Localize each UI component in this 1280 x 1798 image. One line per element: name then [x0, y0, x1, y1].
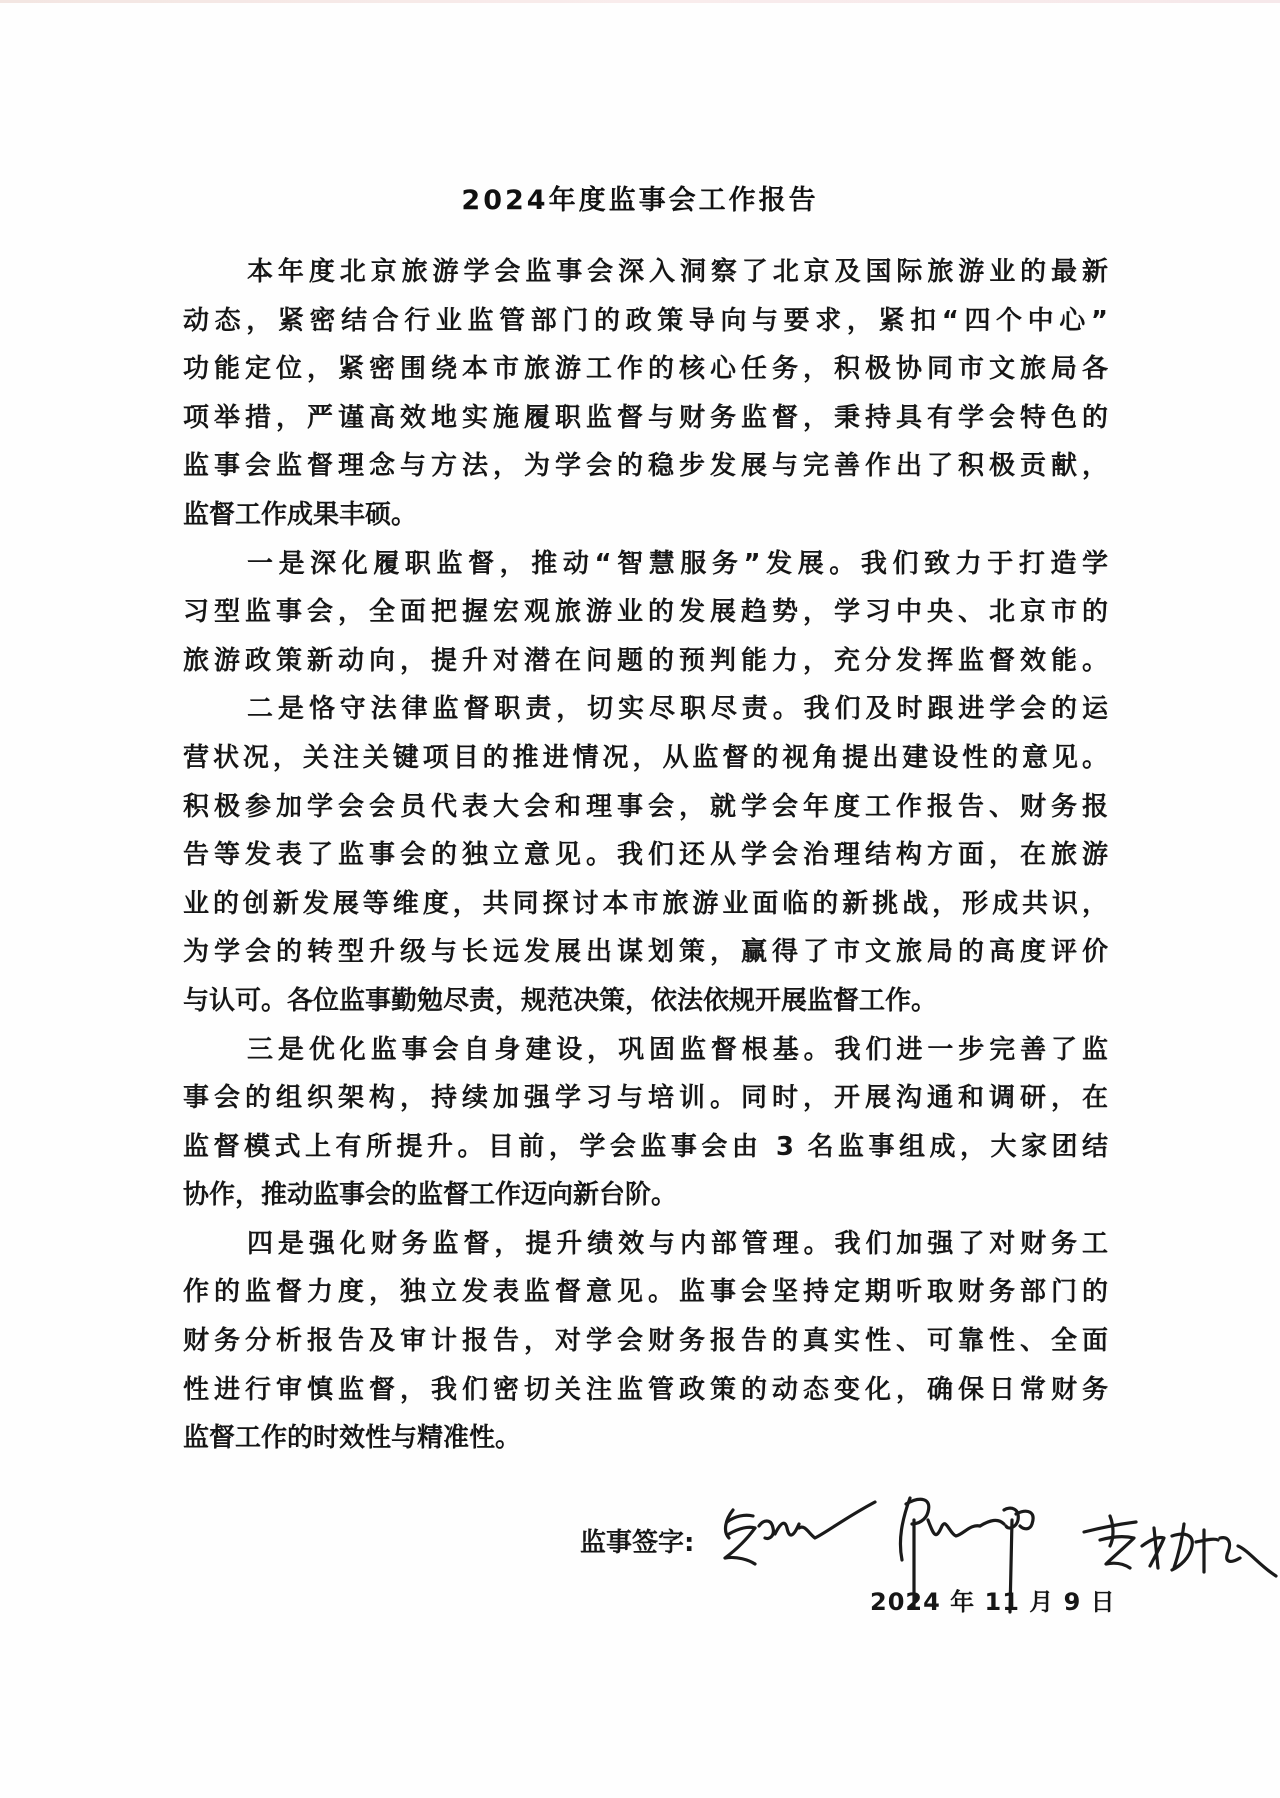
handwritten-signature-1 — [715, 1498, 885, 1588]
text-line: 与认可。各位监事勤勉尽责，规范决策，依法依规开展监督工作。 — [183, 977, 1108, 1026]
text-line: 监督模式上有所提升。目前，学会监事会由 3 名监事组成，大家团结 — [183, 1123, 1108, 1172]
text-line: 告等发表了监事会的独立意见。我们还从学会治理结构方面，在旅游 — [183, 831, 1108, 880]
text-line: 事会的组织架构，持续加强学习与培训。同时，开展沟通和调研，在 — [183, 1074, 1108, 1123]
document-date: 2024 年 11 月 9 日 — [870, 1582, 1116, 1617]
text-line: 监事会监督理念与方法，为学会的稳步发展与完善作出了积极贡献， — [183, 442, 1108, 491]
text-line: 三是优化监事会自身建设，巩固监督根基。我们进一步完善了监 — [183, 1026, 1108, 1075]
text-line: 协作，推动监事会的监督工作迈向新台阶。 — [183, 1171, 1108, 1220]
text-line: 旅游政策新动向，提升对潜在问题的预判能力，充分发挥监督效能。 — [183, 637, 1108, 686]
text-line: 本年度北京旅游学会监事会深入洞察了北京及国际旅游业的最新 — [183, 248, 1108, 297]
text-line: 监督工作的时效性与精准性。 — [183, 1414, 1108, 1463]
paragraph-point-2: 二是恪守法律监督职责，切实尽职尽责。我们及时跟进学会的运 营状况，关注关键项目的… — [183, 685, 1108, 1025]
document-title: 2024年度监事会工作报告 — [0, 178, 1280, 217]
paragraph-point-1: 一是深化履职监督，推动“智慧服务”发展。我们致力于打造学 习型监事会，全面把握宏… — [183, 540, 1108, 686]
page-top-edge — [0, 0, 1280, 3]
paragraph-intro: 本年度北京旅游学会监事会深入洞察了北京及国际旅游业的最新 动态，紧密结合行业监管… — [183, 248, 1108, 540]
signature-block: 监事签字: — [580, 1508, 1280, 1588]
text-line: 财务分析报告及审计报告，对学会财务报告的真实性、可靠性、全面 — [183, 1317, 1108, 1366]
text-line: 四是强化财务监督，提升绩效与内部管理。我们加强了对财务工 — [183, 1220, 1108, 1269]
text-line: 营状况，关注关键项目的推进情况，从监督的视角提出建设性的意见。 — [183, 734, 1108, 783]
paragraph-point-4: 四是强化财务监督，提升绩效与内部管理。我们加强了对财务工 作的监督力度，独立发表… — [183, 1220, 1108, 1463]
text-line: 习型监事会，全面把握宏观旅游业的发展趋势，学习中央、北京市的 — [183, 588, 1108, 637]
text-line: 性进行审慎监督，我们密切关注监管政策的动态变化，确保日常财务 — [183, 1366, 1108, 1415]
paragraph-point-3: 三是优化监事会自身建设，巩固监督根基。我们进一步完善了监 事会的组织架构，持续加… — [183, 1026, 1108, 1220]
document-body: 本年度北京旅游学会监事会深入洞察了北京及国际旅游业的最新 动态，紧密结合行业监管… — [183, 248, 1108, 1463]
text-line: 动态，紧密结合行业监管部门的政策导向与要求，紧扣“四个中心” — [183, 297, 1108, 346]
signature-label: 监事签字: — [580, 1522, 694, 1559]
text-line: 功能定位，紧密围绕本市旅游工作的核心任务，积极协同市文旅局各 — [183, 345, 1108, 394]
scanned-document-page: 2024年度监事会工作报告 本年度北京旅游学会监事会深入洞察了北京及国际旅游业的… — [0, 0, 1280, 1798]
text-line: 积极参加学会会员代表大会和理事会，就学会年度工作报告、财务报 — [183, 783, 1108, 832]
text-line: 一是深化履职监督，推动“智慧服务”发展。我们致力于打造学 — [183, 540, 1108, 589]
text-line: 监督工作成果丰硕。 — [183, 491, 1108, 540]
text-line: 为学会的转型升级与长远发展出谋划策，赢得了市文旅局的高度评价 — [183, 928, 1108, 977]
text-line: 项举措，严谨高效地实施履职监督与财务监督，秉持具有学会特色的 — [183, 394, 1108, 443]
text-line: 二是恪守法律监督职责，切实尽职尽责。我们及时跟进学会的运 — [183, 685, 1108, 734]
text-line: 业的创新发展等维度，共同探讨本市旅游业面临的新挑战，形成共识， — [183, 880, 1108, 929]
text-line: 作的监督力度，独立发表监督意见。监事会坚持定期听取财务部门的 — [183, 1268, 1108, 1317]
